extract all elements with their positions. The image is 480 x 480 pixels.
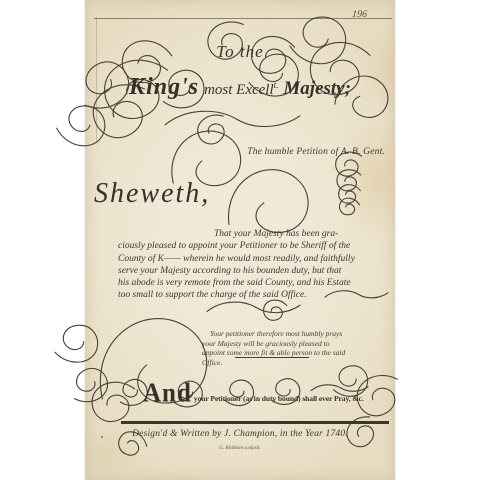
- sheweth-flourish-ornament: [85, 120, 395, 230]
- prayer-line: Office.: [202, 358, 345, 368]
- body-line: County of K—— wherein he would most read…: [118, 253, 382, 265]
- prayer-line: your Majesty will be graciously pleased …: [202, 339, 345, 349]
- scanned-document: { "page": { "number": "196", "colors": {…: [0, 0, 480, 480]
- word-most-excellent: most Excellt.: [204, 80, 278, 99]
- body-line: too small to support the charge of the s…: [118, 289, 382, 301]
- credit-line: Design'd & Written by J. Champion, in th…: [85, 429, 395, 439]
- body-line: serve your Majesty according to his boun…: [118, 265, 382, 277]
- body-line: ciously pleased to appoint your Petition…: [118, 240, 382, 252]
- petition-body: That your Majesty has been gra- ciously …: [118, 228, 382, 302]
- page-number: 196: [351, 9, 367, 20]
- engraver-credit: G. Bickham sculpsit.: [85, 446, 395, 451]
- body-line: his abode is very remote from the said C…: [118, 277, 382, 289]
- closing-rest-text: your Petitioner (as in duty bound) shall…: [194, 394, 364, 403]
- paper-fleck: [101, 436, 103, 438]
- heading-to-the: To the: [85, 42, 395, 62]
- sheweth-word: Sheweth,: [94, 178, 210, 210]
- closing-line: And your Petitioner (as in duty bound) s…: [143, 380, 364, 408]
- prayer-line: Your petitioner therefore most humbly pr…: [202, 329, 345, 339]
- bottom-rule: [121, 421, 389, 424]
- document-page: 196 To the King's most Excellt. Majesty;…: [85, 0, 395, 480]
- closing-and-word: And: [143, 379, 192, 409]
- top-rule: [94, 18, 392, 19]
- body-line: That your Majesty has been gra-: [118, 228, 382, 240]
- prayer-paragraph: Your petitioner therefore most humbly pr…: [202, 329, 345, 367]
- word-majesty: Majesty;: [283, 78, 351, 100]
- prayer-underline: [235, 357, 309, 358]
- heading-majesty-line: King's most Excellt. Majesty;: [85, 74, 395, 101]
- petition-intro: The humble Petition of A. B. Gent.: [247, 147, 385, 157]
- word-kings: King's: [129, 74, 199, 101]
